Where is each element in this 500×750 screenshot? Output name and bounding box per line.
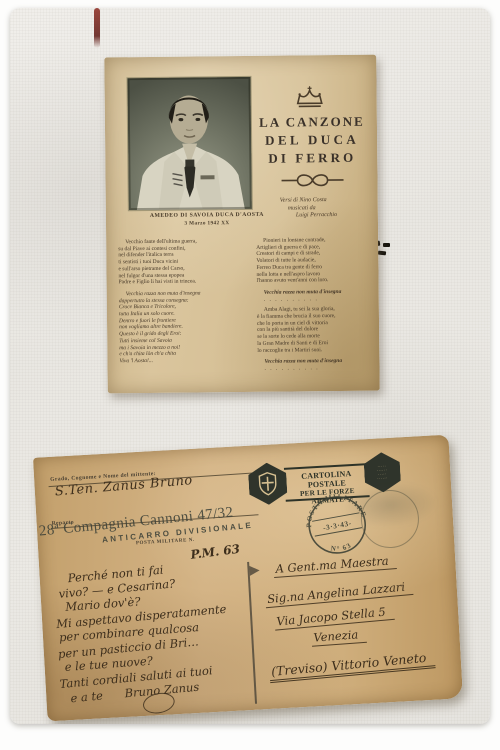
caption-name: AMEDEO DI SAVOIA DUCA D'AOSTA [116,211,298,219]
credit-line: Luigi Perracchio [296,212,372,220]
poem-right-column: Pionieri in lontane contrade,Artiglieri … [256,237,375,377]
address-text: Venezia [311,627,367,647]
pennant-icon [249,565,260,576]
red-mark [94,8,100,48]
stanza-2: Pionieri in lontane contrade,Artiglieri … [256,237,374,285]
linen-backdrop: LA CANZONEDEL DUCADI FERRO Versi di Nino… [10,8,490,724]
song-leaflet-card: LA CANZONEDEL DUCADI FERRO Versi di Nino… [104,55,380,394]
poem-line: lo raccoglie tra i Martiri suoi. [257,346,375,354]
leaflet-title: LA CANZONEDEL DUCADI FERRO [255,113,370,168]
shield-icon [256,470,279,497]
title-line: LA CANZONE [255,113,369,132]
portrait-illustration [127,77,251,210]
handwritten-message: Perché non ti faivivo? — e Cesarina?Mari… [53,558,256,704]
ellipsis-dots: . . . . . . . . . . [264,365,375,373]
ellipsis-dots: . . . . . . . . . . [264,295,375,303]
savoy-knot-icon [277,169,347,192]
poem-line: Viva 'l Aosta!... [119,357,251,365]
photo-frame: LA CANZONEDEL DUCADI FERRO Versi di Nino… [10,8,490,724]
caption-date: 3 Marzo 1942 XX [116,219,298,227]
poem-line: l'hanno avuto vent'anni con loro. [257,277,375,285]
address-block: A Gent.ma Maestra Sig.na Angelina Lazzar… [263,551,453,680]
military-postcard: Grado, Cognome e Nome del mittente: S.Te… [33,435,463,722]
stanza-3: Amba Alagi, tu sei la sua gloria,è la fi… [257,306,375,354]
address-text: (Treviso) Vittorio Veneto [269,649,436,683]
poem-left-column: Vecchio fante dell'ultima guerra,su dal … [118,238,251,370]
title-line: DEL DUCA [255,131,369,150]
photo-of-documents: LA CANZONEDEL DUCADI FERRO Versi di Nino… [0,0,500,750]
title-line: DI FERRO [255,149,369,168]
refrain: Vecchia razza non muta d'insegnadappertu… [119,290,252,365]
poem-line: Padre e Figlio li hai visti in trincea. [119,278,251,286]
address-text: A Gent.ma Maestra [273,553,397,578]
address-line: (Treviso) Vittorio Veneto [269,648,454,684]
svg-text:N° 63: N° 63 [329,541,354,555]
postmark-number: N° 63 [329,541,354,555]
crown-icon [293,83,327,109]
duca-aosta-portrait-photo [126,76,252,211]
stanza-1: Vecchio fante dell'ultima guerra,su dal … [118,238,250,286]
portrait-caption: AMEDEO DI SAVOIA DUCA D'AOSTA 3 Marzo 19… [116,211,298,227]
